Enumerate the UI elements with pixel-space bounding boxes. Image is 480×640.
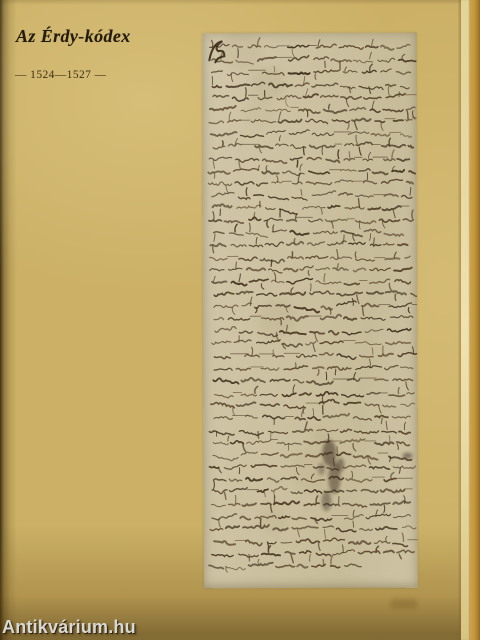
manuscript-photo [202, 33, 417, 589]
faint-page-number-smudge [390, 599, 418, 609]
page-edge-highlight [461, 0, 470, 640]
page-title: Az Érdy-kódex [16, 26, 131, 47]
manuscript-handwriting [202, 33, 417, 589]
date-range: — 1524—1527 — [15, 69, 106, 81]
book-edge-shadow [470, 0, 480, 640]
watermark: Antikvárium.hu [2, 617, 136, 638]
book-page: Az Érdy-kódex — 1524—1527 — Antikvárium.… [0, 0, 480, 640]
